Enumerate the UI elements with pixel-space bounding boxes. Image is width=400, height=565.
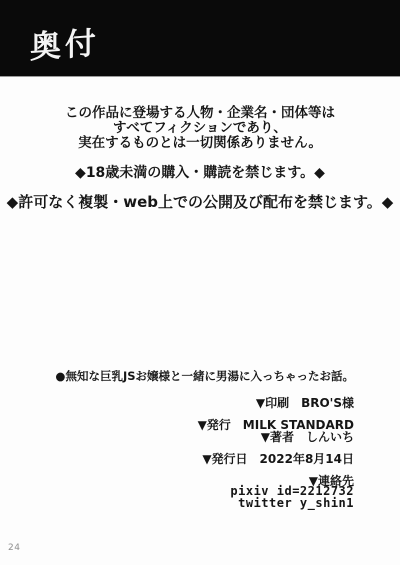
work-title-note: ●無知な巨乳JSお嬢様と一緒に男湯に入っちゃったお話。: [55, 368, 354, 384]
disclaimer-text: この作品に登場する人物・企業名・団体等は すべてフィクションであり、 実在するも…: [0, 106, 400, 151]
page-number: 24: [8, 543, 20, 553]
author-line: ▼著者 しんいち: [261, 428, 354, 445]
disclaimer-line-2: すべてフィクションであり、: [113, 120, 287, 136]
page-title: 奥付: [30, 17, 100, 67]
copy-warning: ◆許可なく複製・web上での公開及び配布を禁じます。◆: [0, 194, 400, 210]
age-warning: ◆18歳未満の購入・購読を禁じます。◆: [0, 166, 400, 181]
printer-line: ▼印刷 BRO'S様: [256, 394, 354, 411]
disclaimer-line-1: この作品に登場する人物・企業名・団体等は: [65, 105, 335, 121]
publish-date-line: ▼発行日 2022年8月14日: [202, 450, 354, 467]
colophon-page: 奥付 この作品に登場する人物・企業名・団体等は すべてフィクションであり、 実在…: [0, 0, 400, 565]
disclaimer-line-3: 実在するものとは一切関係ありません。: [78, 135, 322, 151]
header-banner: 奥付: [0, 0, 400, 77]
disclaimer-block: この作品に登場する人物・企業名・団体等は すべてフィクションであり、 実在するも…: [0, 106, 400, 210]
contact-twitter-handle: twitter y_shin1: [238, 496, 354, 510]
